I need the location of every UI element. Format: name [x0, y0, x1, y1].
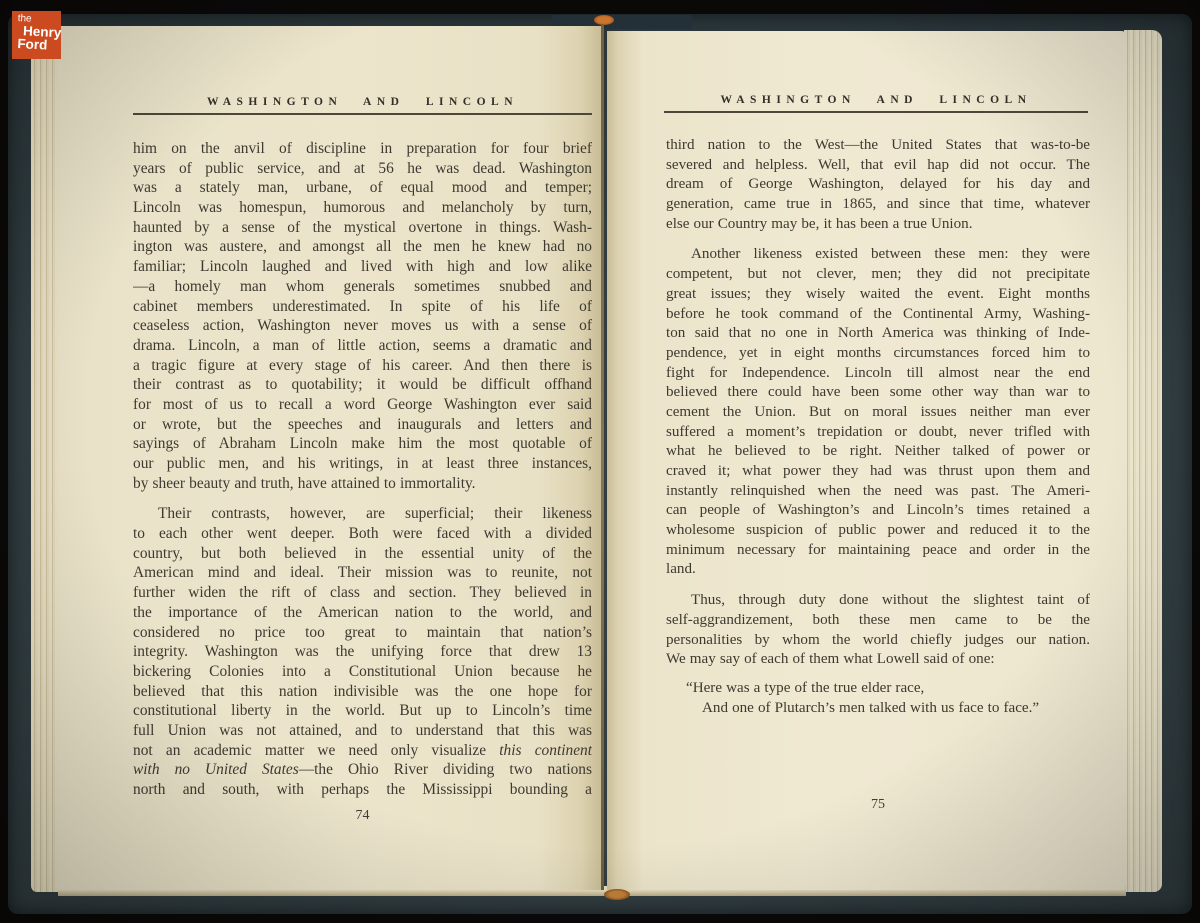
running-header-right-text: WASHINGTON AND LINCOLN — [720, 94, 1031, 106]
text-line: “Here was a type of the true elder race, — [666, 679, 1090, 699]
text-line: him on the anvil of discipline in prepar… — [133, 139, 592, 159]
running-header-right: WASHINGTON AND LINCOLN — [664, 94, 1088, 113]
text-line: fight for Independence. Lincoln till alm… — [666, 364, 1090, 384]
text-line: Thus, through duty done without the slig… — [666, 591, 1090, 611]
text-line: great issues; they wisely waited the eve… — [666, 285, 1090, 305]
text-line: was a stately man, urbane, of equal mood… — [133, 178, 592, 198]
text-line: Another likeness existed between these m… — [666, 245, 1090, 265]
text-line: considered no price too great to maintai… — [133, 623, 592, 643]
photo-background: { "photo": { "background_color": "#0b090… — [0, 0, 1200, 923]
headband-bottom — [604, 889, 630, 900]
text-line: a tragic figure at every stage of his ca… — [133, 356, 592, 376]
text-line: drama. Lincoln, a man of little action, … — [133, 336, 592, 356]
text-line: wholesome suspicion of public power and … — [666, 521, 1090, 541]
text-line: can people of Washington’s and Lincoln’s… — [666, 501, 1090, 521]
text-line: severed and helpless. Well, that evil ha… — [666, 156, 1090, 176]
running-header-left: WASHINGTON AND LINCOLN — [133, 96, 592, 115]
text-line: instantly relinquished when the need was… — [666, 482, 1090, 502]
text-line: north and south, with perhaps the Missis… — [133, 780, 592, 800]
text-line: Their contrasts, however, are superficia… — [133, 504, 592, 524]
text-line: competent, but not clever, men; they did… — [666, 265, 1090, 285]
text-line: integrity. Washington was the unifying f… — [133, 642, 592, 662]
text-line: not an academic matter we need only visu… — [133, 741, 592, 761]
text-line: with no United States—the Ohio River div… — [133, 760, 592, 780]
quote-block: “Here was a type of the true elder race,… — [666, 679, 1090, 718]
text-line: our public men, and his writings, in at … — [133, 454, 592, 474]
text-line: third nation to the West—the United Stat… — [666, 136, 1090, 156]
text-line: full Union was not attained, and to unde… — [133, 721, 592, 741]
paragraph: Thus, through duty done without the slig… — [666, 591, 1090, 670]
right-page-text: third nation to the West—the United Stat… — [666, 136, 1090, 718]
text-line: self-aggrandizement, both these men came… — [666, 611, 1090, 631]
text-line: ceaseless action, Washington never moves… — [133, 316, 592, 336]
text-line: pendence, yet in eight months circumstan… — [666, 344, 1090, 364]
text-line: haunted by a sense of the mystical overt… — [133, 218, 592, 238]
page-number-left: 74 — [133, 808, 592, 824]
text-line: —a homely man whom generals sometimes sn… — [133, 277, 592, 297]
text-line: by sheer beauty and truth, have attained… — [133, 474, 592, 494]
text-line: land. — [666, 560, 1090, 580]
text-line: personalities by whom the world chiefly … — [666, 631, 1090, 651]
text-line: for most of us to recall a word George W… — [133, 395, 592, 415]
header-rule-left — [133, 113, 592, 115]
text-line: believed there could have been some othe… — [666, 383, 1090, 403]
text-line: constitutional liberty in the world. But… — [133, 701, 592, 721]
text-line: country, but both believed in the essent… — [133, 544, 592, 564]
paragraph: Another likeness existed between these m… — [666, 245, 1090, 580]
page-edges-left — [31, 22, 61, 892]
text-line: And one of Plutarch’s men talked with us… — [666, 699, 1090, 719]
paragraph: third nation to the West—the United Stat… — [666, 136, 1090, 234]
text-line: what he believed to be right. Neither ta… — [666, 442, 1090, 462]
text-line: sayings of Abraham Lincoln make him the … — [133, 434, 592, 454]
header-rule-right — [664, 111, 1088, 113]
text-line: We may say of each of them what Lowell s… — [666, 650, 1090, 670]
text-line: further widen the rift of class and sect… — [133, 583, 592, 603]
text-line: to each other went deeper. Both were fac… — [133, 524, 592, 544]
paragraph: him on the anvil of discipline in prepar… — [133, 139, 592, 493]
text-line: dream of George Washington, delayed for … — [666, 175, 1090, 195]
text-line: generation, came true in 1865, and since… — [666, 195, 1090, 215]
text-line: else our Country may be, it has been a t… — [666, 215, 1090, 235]
text-line: minimum necessary for maintaining peace … — [666, 541, 1090, 561]
page-edges-right — [1124, 30, 1162, 892]
left-page-text: him on the anvil of discipline in prepar… — [133, 139, 592, 800]
text-line: Lincoln was homespun, humorous and melan… — [133, 198, 592, 218]
text-line: believed that this nation indivisible wa… — [133, 682, 592, 702]
text-line: their contrast as to quotability; it wou… — [133, 375, 592, 395]
text-line: ington was austere, and amongst all the … — [133, 237, 592, 257]
running-header-left-text: WASHINGTON AND LINCOLN — [207, 96, 518, 108]
text-line: or wrote, but the speeches and inaugural… — [133, 415, 592, 435]
text-line: bickering Colonies into a Constitutional… — [133, 662, 592, 682]
headband-top — [594, 15, 614, 25]
page-number-right: 75 — [666, 797, 1090, 813]
henry-ford-logo: the Henry Ford — [12, 11, 61, 59]
text-line: suffered a moment’s trepidation or doubt… — [666, 423, 1090, 443]
henry-ford-logo-text: the Henry Ford — [15, 13, 58, 53]
text-line: the importance of the American nation to… — [133, 603, 592, 623]
text-line: before he took command of the Continenta… — [666, 305, 1090, 325]
text-line: years of public service, and at 56 he wa… — [133, 159, 592, 179]
paragraph: Their contrasts, however, are superficia… — [133, 504, 592, 799]
text-line: cement the Union. But on moral issues ne… — [666, 403, 1090, 423]
gutter-crease — [601, 24, 604, 890]
text-line: ton said that no one in North America wa… — [666, 324, 1090, 344]
text-line: cabinet members underestimated. In spite… — [133, 297, 592, 317]
text-line: craved it; what power they had was thrus… — [666, 462, 1090, 482]
text-line: American mind and ideal. Their mission w… — [133, 563, 592, 583]
text-line: familiar; Lincoln laughed and lived with… — [133, 257, 592, 277]
